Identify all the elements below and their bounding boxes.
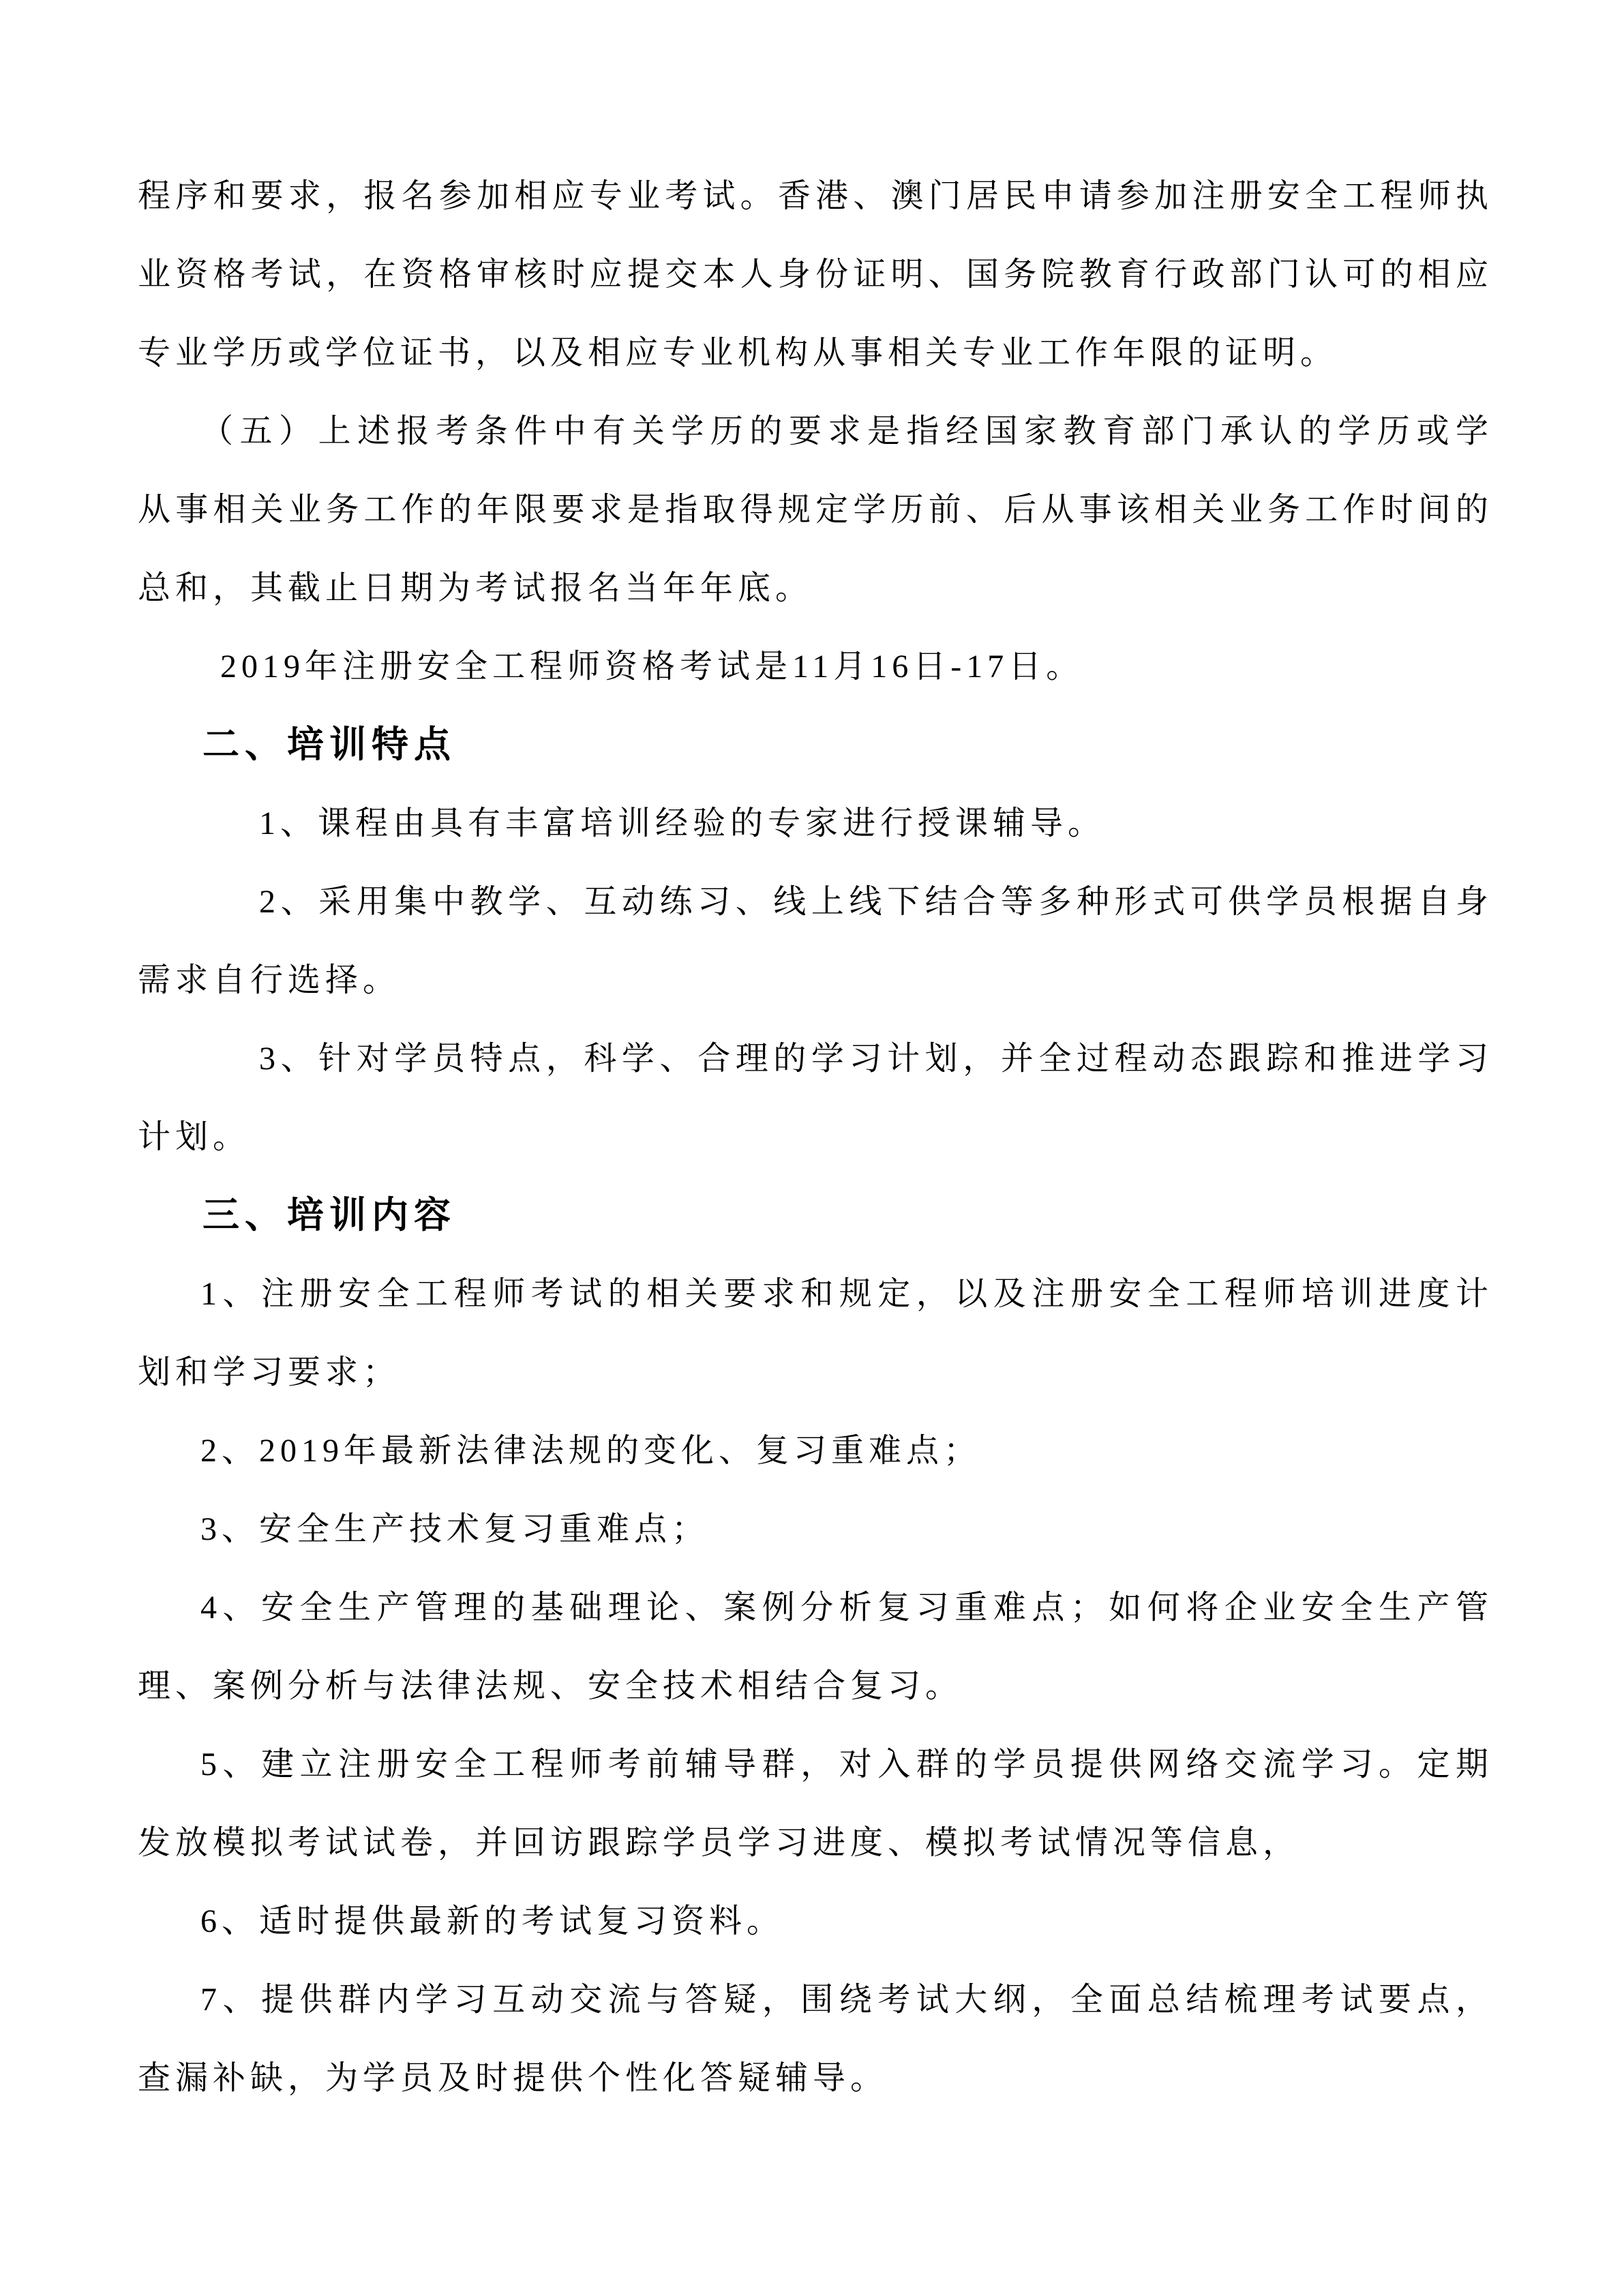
list-item: 5、建立注册安全工程师考前辅导群，对入群的学员提供网络交流学习。定期	[138, 1725, 1493, 1804]
heading-training-content: 三、培训内容	[138, 1176, 1493, 1255]
exam-date-line: 2019年注册安全工程师资格考试是11月16日-17日。	[138, 627, 1493, 706]
list-item: 6、适时提供最新的考试复习资料。	[138, 1882, 1493, 1960]
list-item: 3、安全生产技术复习重难点；	[138, 1490, 1493, 1568]
heading-training-features: 二、培训特点	[138, 706, 1493, 784]
list-item: 7、提供群内学习互动交流与答疑，围绕考试大纲，全面总结梳理考试要点，	[138, 1960, 1493, 2039]
text-line: 总和，其截止日期为考试报名当年年底。	[138, 549, 1493, 627]
list-item: 2、2019年最新法律法规的变化、复习重难点；	[138, 1412, 1493, 1490]
text-line: 业资格考试，在资格审核时应提交本人身份证明、国务院教育行政部门认可的相应	[138, 235, 1493, 314]
text-line: 程序和要求，报名参加相应专业考试。香港、澳门居民申请参加注册安全工程师执	[138, 157, 1493, 235]
text-line: 专业学历或学位证书，以及相应专业机构从事相关专业工作年限的证明。	[138, 314, 1493, 392]
list-item: 4、安全生产管理的基础理论、案例分析复习重难点；如何将企业安全生产管	[138, 1568, 1493, 1647]
text-line: （五）上述报考条件中有关学历的要求是指经国家教育部门承认的学历或学位；	[138, 392, 1493, 471]
text-line: 需求自行选择。	[138, 941, 1493, 1019]
list-item: 3、针对学员特点，科学、合理的学习计划，并全过程动态跟踪和推进学习	[138, 1019, 1493, 1098]
list-item: 1、课程由具有丰富培训经验的专家进行授课辅导。	[138, 784, 1493, 863]
text-line: 从事相关业务工作的年限要求是指取得规定学历前、后从事该相关业务工作时间的	[138, 471, 1493, 549]
document-page: 程序和要求，报名参加相应专业考试。香港、澳门居民申请参加注册安全工程师执 业资格…	[0, 0, 1624, 2296]
list-item: 2、采用集中教学、互动练习、线上线下结合等多种形式可供学员根据自身	[138, 863, 1493, 941]
text-line: 发放模拟考试试卷，并回访跟踪学员学习进度、模拟考试情况等信息，	[138, 1804, 1493, 1882]
document-body: 程序和要求，报名参加相应专业考试。香港、澳门居民申请参加注册安全工程师执 业资格…	[138, 157, 1493, 2117]
text-line: 查漏补缺，为学员及时提供个性化答疑辅导。	[138, 2039, 1493, 2117]
text-line: 理、案例分析与法律法规、安全技术相结合复习。	[138, 1647, 1493, 1725]
text-line: 计划。	[138, 1098, 1493, 1176]
text-line: 划和学习要求；	[138, 1333, 1493, 1412]
list-item: 1、注册安全工程师考试的相关要求和规定，以及注册安全工程师培训进度计	[138, 1255, 1493, 1333]
